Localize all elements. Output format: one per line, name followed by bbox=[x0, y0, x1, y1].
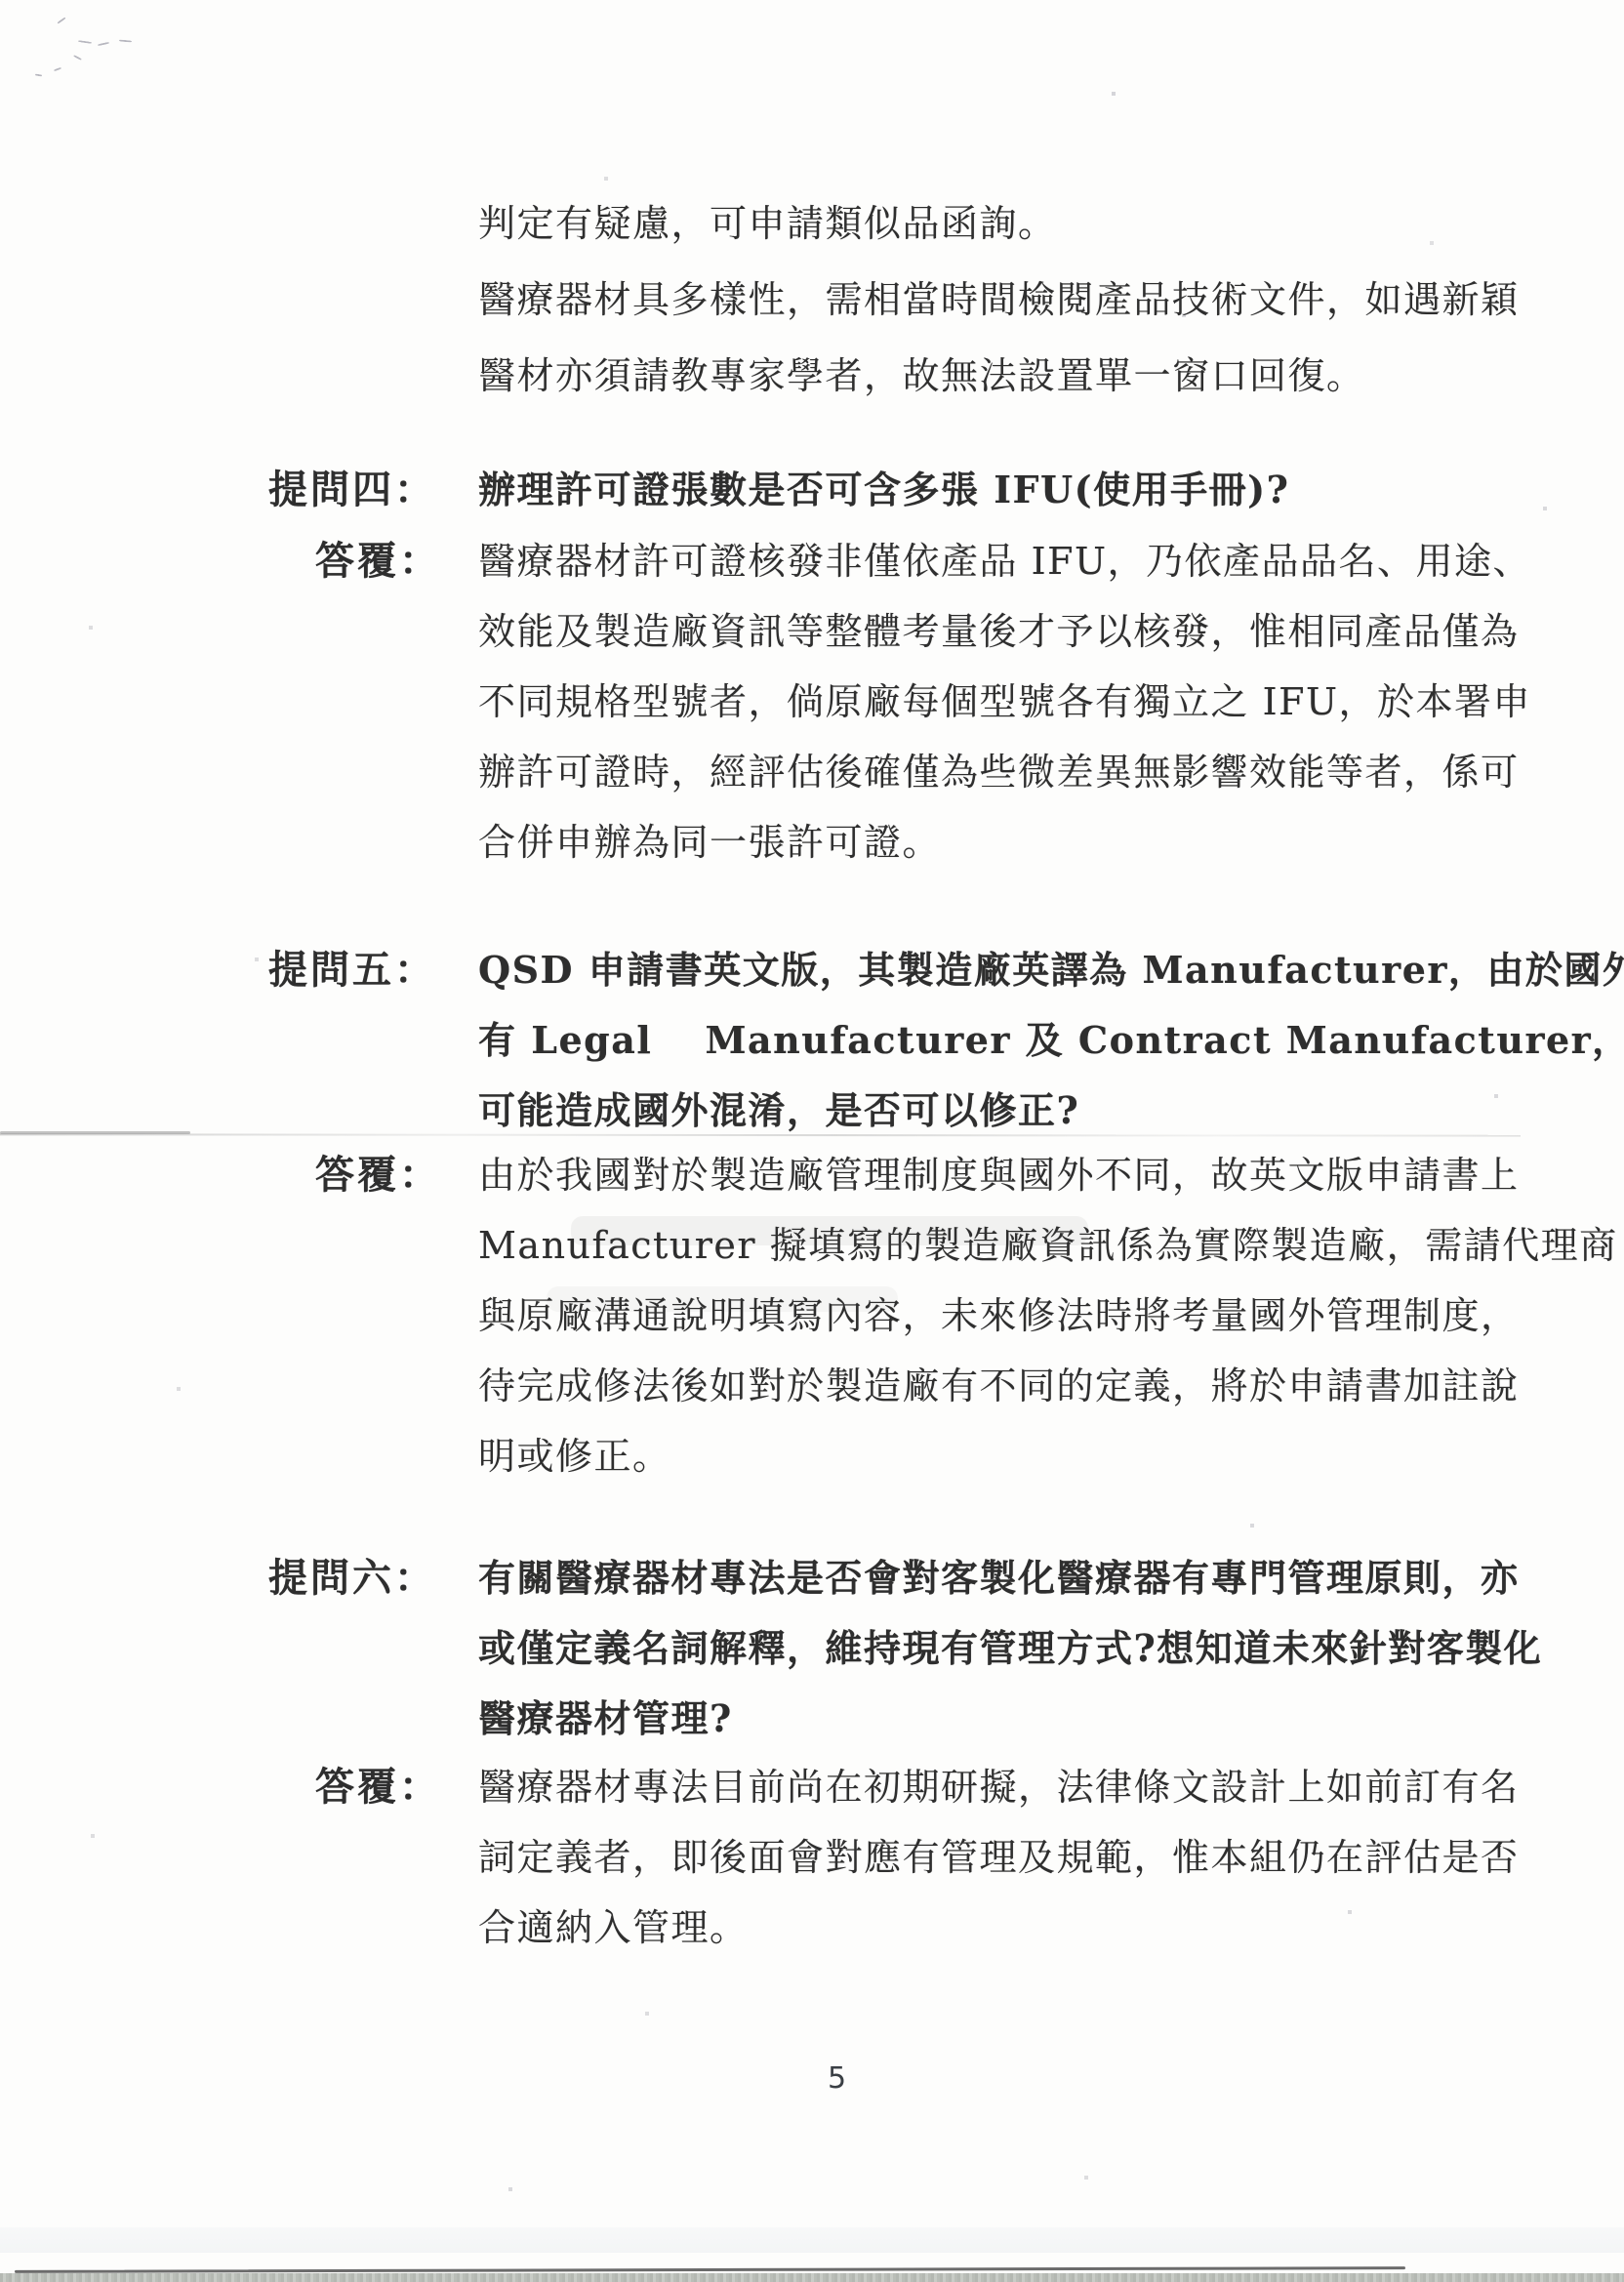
text-line: 醫材亦須請教專家學者，故無法設置單一窗口回復。 bbox=[478, 338, 1562, 414]
question-4-label: 提問四： bbox=[268, 455, 436, 525]
pencil-mark bbox=[35, 73, 42, 76]
scan-speckles bbox=[0, 0, 2, 2]
pencil-mark bbox=[119, 39, 132, 42]
question-6-text: 有關醫療器材專法是否會對客製化醫療器有專門管理原則，亦 或僅定義名詞解釋，維持現… bbox=[478, 1543, 1562, 1754]
question-4-text: 辦理許可證張數是否可含多張 IFU(使用手冊)? bbox=[478, 455, 1562, 525]
text-line: 醫療器材管理? bbox=[478, 1684, 1562, 1754]
text-line: 與原廠溝通說明填寫內容，未來修法時將考量國外管理制度， bbox=[478, 1281, 1562, 1351]
text-line: 由於我國對於製造廠管理制度與國外不同，故英文版申請書上 bbox=[478, 1140, 1562, 1210]
scanned-document-page: 判定有疑慮，可申請類似品函詢。 醫療器材具多樣性，需相當時間檢閱產品技術文件，如… bbox=[0, 0, 1624, 2282]
question-5-label: 提問五： bbox=[268, 935, 436, 1005]
answer-4-label: 答覆： bbox=[315, 526, 441, 596]
pencil-mark bbox=[78, 40, 92, 44]
scan-shadow-band bbox=[0, 2227, 1624, 2253]
text-line: QSD 申請書英文版，其製造廠英譯為 Manufacturer，由於國外 bbox=[478, 935, 1562, 1005]
pencil-mark bbox=[54, 67, 61, 72]
text-line: 不同規格型號者，倘原廠每個型號各有獨立之 IFU，於本署申 bbox=[478, 667, 1562, 737]
answer-6-label: 答覆： bbox=[315, 1752, 441, 1822]
text-line: 或僅定義名詞解釋，維持現有管理方式?想知道未來針對客製化 bbox=[478, 1613, 1562, 1684]
text-line: 辦理許可證張數是否可含多張 IFU(使用手冊)? bbox=[478, 455, 1562, 525]
text-line: 醫療器材專法目前尚在初期研擬，法律條文設計上如前訂有名 bbox=[478, 1752, 1562, 1822]
scan-edge-strip bbox=[0, 2273, 1624, 2282]
text-line: 效能及製造廠資訊等整體考量後才予以核發，惟相同產品僅為 bbox=[478, 596, 1562, 667]
text-line: 醫療器材許可證核發非僅依產品 IFU，乃依產品品名、用途、 bbox=[478, 526, 1562, 596]
intro-paragraph: 判定有疑慮，可申請類似品函詢。 醫療器材具多樣性，需相當時間檢閱產品技術文件，如… bbox=[478, 185, 1562, 414]
text-line: 辦許可證時，經評估後確僅為些微差異無影響效能等者，係可 bbox=[478, 737, 1562, 807]
answer-5-label: 答覆： bbox=[315, 1140, 441, 1210]
answer-4-text: 醫療器材許可證核發非僅依產品 IFU，乃依產品品名、用途、 效能及製造廠資訊等整… bbox=[478, 526, 1562, 877]
text-line: 醫療器材具多樣性，需相當時間檢閱產品技術文件，如遇新穎 bbox=[478, 262, 1562, 338]
text-line: 明或修正。 bbox=[478, 1421, 1562, 1491]
answer-6-text: 醫療器材專法目前尚在初期研擬，法律條文設計上如前訂有名 詞定義者，即後面會對應有… bbox=[478, 1752, 1562, 1963]
text-line: 待完成修法後如對於製造廠有不同的定義，將於申請書加註說 bbox=[478, 1351, 1562, 1421]
text-line: 合併申辦為同一張許可證。 bbox=[478, 807, 1562, 877]
text-line: 詞定義者，即後面會對應有管理及規範，惟本組仍在評估是否 bbox=[478, 1822, 1562, 1893]
text-line: 有關醫療器材專法是否會對客製化醫療器有專門管理原則，亦 bbox=[478, 1543, 1562, 1613]
answer-5-text: 由於我國對於製造廠管理制度與國外不同，故英文版申請書上 Manufacturer… bbox=[478, 1140, 1562, 1491]
pencil-mark bbox=[98, 42, 109, 46]
pencil-mark bbox=[73, 55, 82, 61]
page-number: 5 bbox=[828, 2061, 846, 2096]
pencil-mark bbox=[57, 17, 65, 23]
text-line: 判定有疑慮，可申請類似品函詢。 bbox=[478, 185, 1562, 262]
question-6-label: 提問六： bbox=[268, 1543, 436, 1613]
question-5-text: QSD 申請書英文版，其製造廠英譯為 Manufacturer，由於國外 有 L… bbox=[478, 935, 1562, 1146]
text-line: Manufacturer 擬填寫的製造廠資訊係為實際製造廠，需請代理商 bbox=[478, 1210, 1562, 1281]
text-line: 有 Legal Manufacturer 及 Contract Manufact… bbox=[478, 1005, 1562, 1076]
text-line: 合適納入管理。 bbox=[478, 1893, 1562, 1963]
scan-edge-line bbox=[15, 2266, 1405, 2273]
